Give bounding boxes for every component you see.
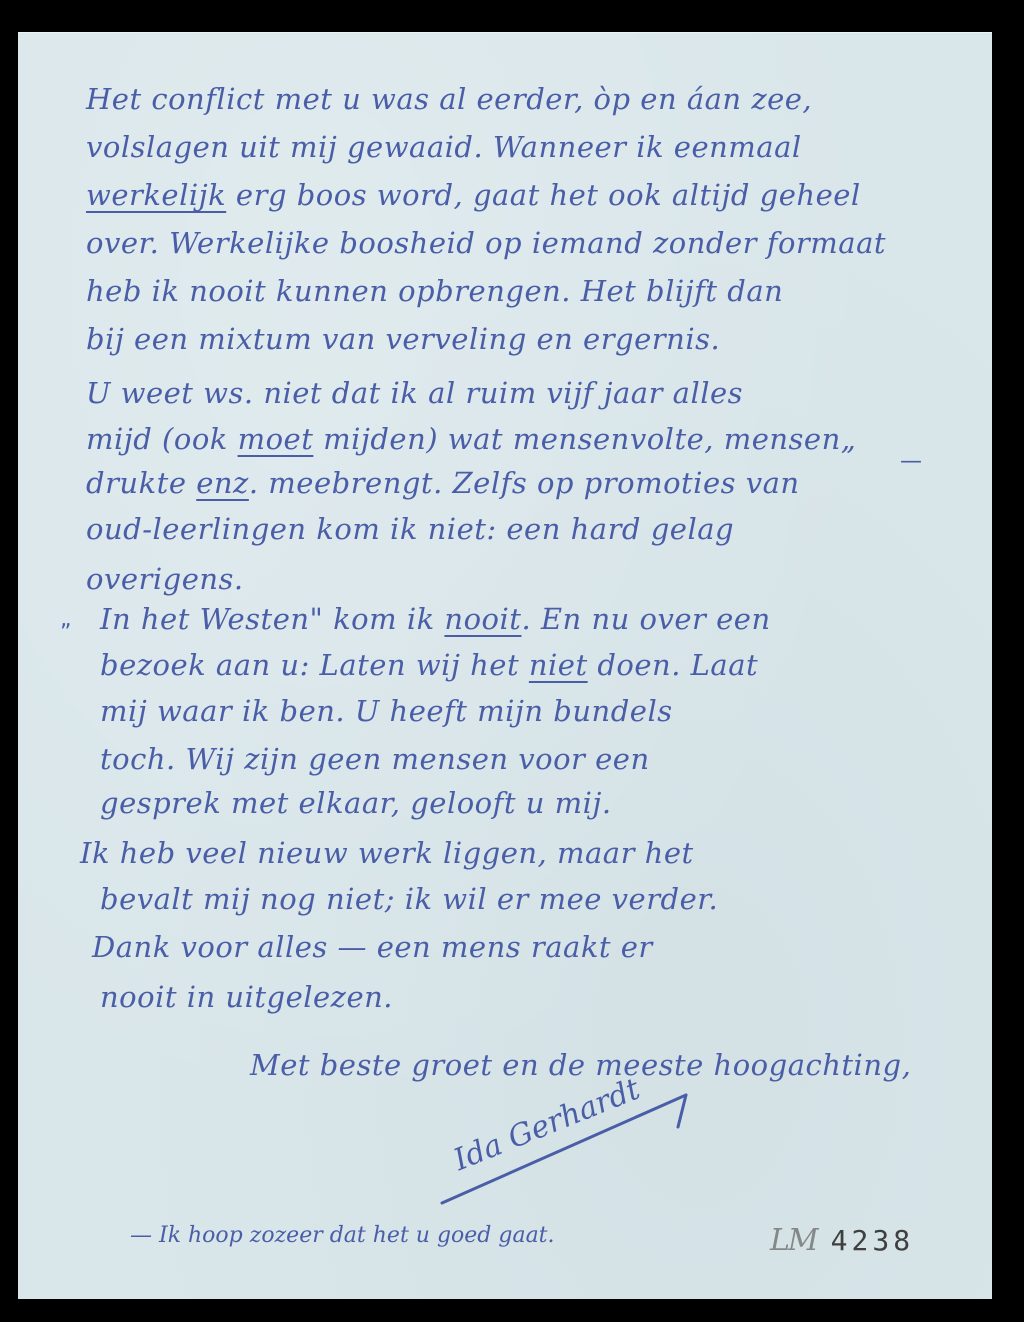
letter-page: Het conflict met u was al eerder, òp en …: [18, 32, 992, 1299]
postscript-text: Ik hoop zozeer dat het u goed gaat.: [159, 1223, 555, 1248]
archive-number: 4238: [831, 1224, 914, 1257]
archive-logo-icon: LM: [770, 1223, 817, 1258]
postscript: — Ik hoop zozeer dat het u goed gaat.: [130, 1223, 555, 1248]
signature-flourish-icon: [18, 33, 992, 1299]
archive-stamp: LM 4238: [770, 1223, 914, 1258]
